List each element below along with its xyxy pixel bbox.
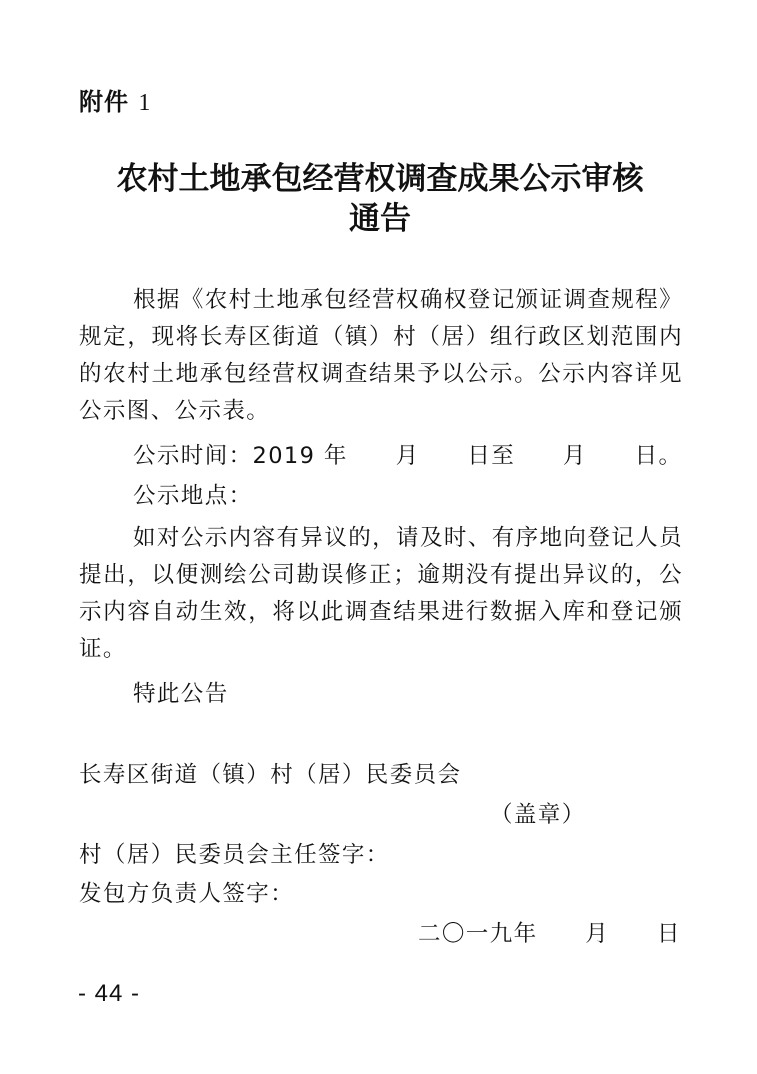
document-page: 附件 1 农村土地承包经营权调查成果公示审核 通告 根据《农村土地承包经营权确权… [0,0,757,1074]
document-title-line-1: 农村土地承包经营权调查成果公示审核 [60,157,700,201]
attachment-label-text: 附件 [79,88,129,116]
page-number: - 44 - [78,980,140,1008]
paragraph-objection: 如对公示内容有异议的，请及时、有序地向登记人员提出，以便测绘公司勘误修正；逾期没… [79,520,683,668]
attachment-number: 1 [138,90,151,116]
notice-closing: 特此公告 [133,676,229,713]
attachment-label: 附件 1 [79,82,151,117]
publicity-place: 公示地点： [133,478,253,515]
paragraph-regulation: 根据《农村土地承包经营权确权登记颁证调查规程》规定，现将长寿区街道（镇）村（居）… [79,282,683,430]
seal-note: （盖章） [490,797,586,834]
signature-organization: 长寿区街道（镇）村（居）民委员会 [79,757,461,794]
paragraph-regulation-text: 根据《农村土地承包经营权确权登记颁证调查规程》规定，现将长寿区街道（镇）村（居）… [79,287,683,424]
contractor-signature-line: 发包方负责人签字： [79,876,294,913]
paragraph-objection-text: 如对公示内容有异议的，请及时、有序地向登记人员提出，以便测绘公司勘误修正；逾期没… [79,525,683,662]
publicity-time: 公示时间：2019 年 月 日至 月 日。 [133,438,682,475]
director-signature-line: 村（居）民委员会主任签字： [79,837,390,874]
document-title-line-2: 通告 [60,197,700,241]
signature-date: 二〇一九年 月 日 [418,916,681,953]
